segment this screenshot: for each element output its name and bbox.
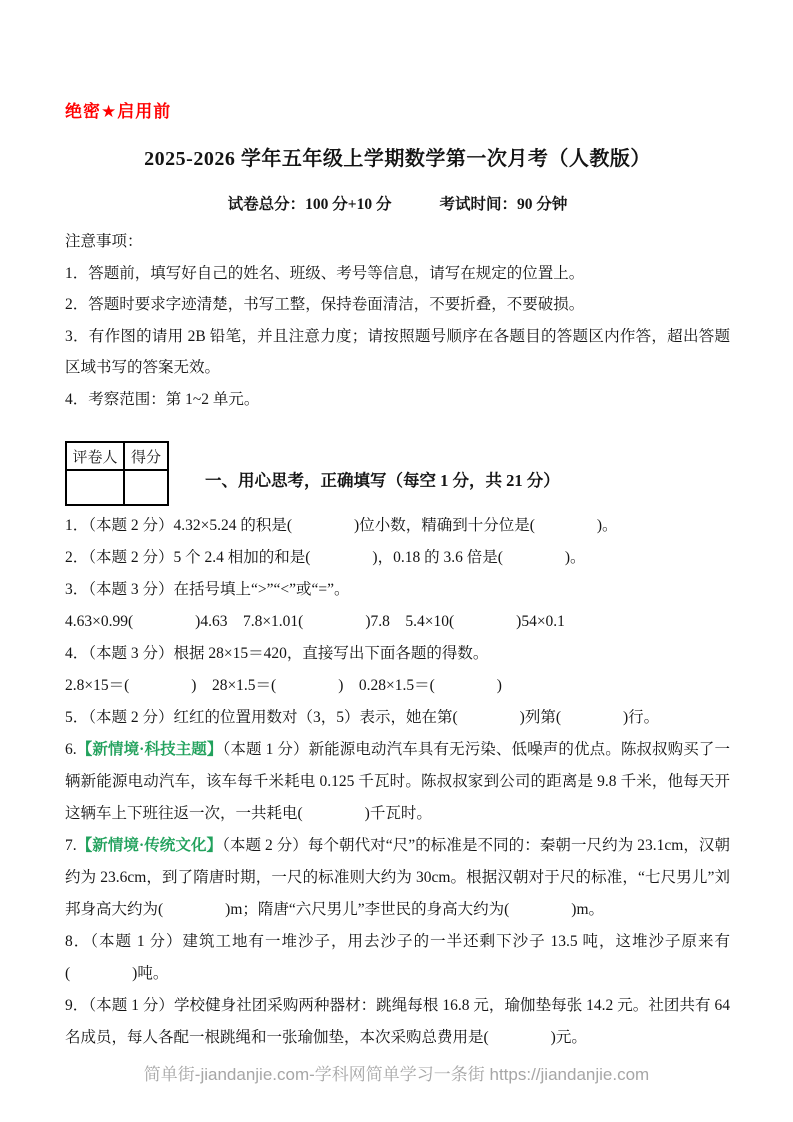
question-7: 7.【新情境·传统文化】（本题 2 分）每个朝代对“尺”的标准是不同的：秦朝一尺…: [65, 830, 730, 926]
question-1: 1．（本题 2 分）4.32×5.24 的积是( )位小数，精确到十分位是( )…: [65, 510, 730, 542]
secret-label: 绝密★启用前: [65, 97, 730, 122]
notice-item-2: 2．答题时要求字迹清楚，书写工整，保持卷面清洁，不要折叠，不要破损。: [65, 289, 730, 321]
question-9: 9．（本题 1 分）学校健身社团采购两种器材：跳绳每根 16.8 元，瑜伽垫每张…: [65, 990, 730, 1054]
score-input-cell: [124, 470, 168, 505]
section-one-title: 一、用心思考，正确填写（每空 1 分，共 21 分）: [205, 467, 560, 491]
grader-input-cell: [66, 470, 124, 505]
score-label: 得分: [124, 442, 168, 470]
exam-duration: 考试时间：90 分钟: [439, 192, 567, 214]
exam-total-score: 试卷总分：100 分+10 分: [228, 192, 392, 214]
question-7-tag: 【新情境·传统文化】: [77, 837, 222, 854]
notice-heading: 注意事项：: [65, 226, 730, 258]
exam-meta-row: 试卷总分：100 分+10 分 考试时间：90 分钟: [65, 192, 730, 214]
question-8: 8．（本题 1 分）建筑工地有一堆沙子，用去沙子的一半还剩下沙子 13.5 吨，…: [65, 926, 730, 990]
question-6: 6.【新情境·科技主题】（本题 1 分）新能源电动汽车具有无污染、低噪声的优点。…: [65, 734, 730, 830]
question-2: 2．（本题 2 分）5 个 2.4 相加的和是( )，0.18 的 3.6 倍是…: [65, 542, 730, 574]
grader-label: 评卷人: [66, 442, 124, 470]
question-list: 1．（本题 2 分）4.32×5.24 的积是( )位小数，精确到十分位是( )…: [65, 510, 730, 1054]
question-3: 3．（本题 3 分）在括号填上“>”“<”或“=”。: [65, 574, 730, 606]
score-table: 评卷人 得分: [65, 441, 169, 506]
question-7-number: 7.: [65, 837, 77, 854]
notice-item-3: 3．有作图的请用 2B 铅笔，并且注意力度；请按照题号顺序在各题目的答题区内作答…: [65, 321, 730, 384]
question-6-number: 6.: [65, 741, 77, 758]
section-one-header: 评卷人 得分 一、用心思考，正确填写（每空 1 分，共 21 分）: [65, 441, 730, 506]
question-5: 5．（本题 2 分）红红的位置用数对（3，5）表示，她在第( )列第( )行。: [65, 702, 730, 734]
exam-paper-page: 绝密★启用前 2025-2026 学年五年级上学期数学第一次月考（人教版） 试卷…: [0, 0, 793, 1122]
question-3-answers: 4.63×0.99( )4.63 7.8×1.01( )7.8 5.4×10( …: [65, 606, 730, 638]
notice-item-1: 1．答题前，填写好自己的姓名、班级、考号等信息，请写在规定的位置上。: [65, 258, 730, 290]
notice-section: 注意事项： 1．答题前，填写好自己的姓名、班级、考号等信息，请写在规定的位置上。…: [65, 226, 730, 415]
notice-item-4: 4．考察范围：第 1~2 单元。: [65, 384, 730, 416]
page-title: 2025-2026 学年五年级上学期数学第一次月考（人教版）: [65, 142, 730, 171]
question-4-answers: 2.8×15＝( ) 28×1.5＝( ) 0.28×1.5＝( ): [65, 670, 730, 702]
footer-watermark: 简单街-jiandanjie.com-学科网简单学习一条街 https://ji…: [0, 1060, 793, 1085]
question-6-tag: 【新情境·科技主题】: [77, 741, 223, 758]
question-4: 4．（本题 3 分）根据 28×15＝420，直接写出下面各题的得数。: [65, 638, 730, 670]
